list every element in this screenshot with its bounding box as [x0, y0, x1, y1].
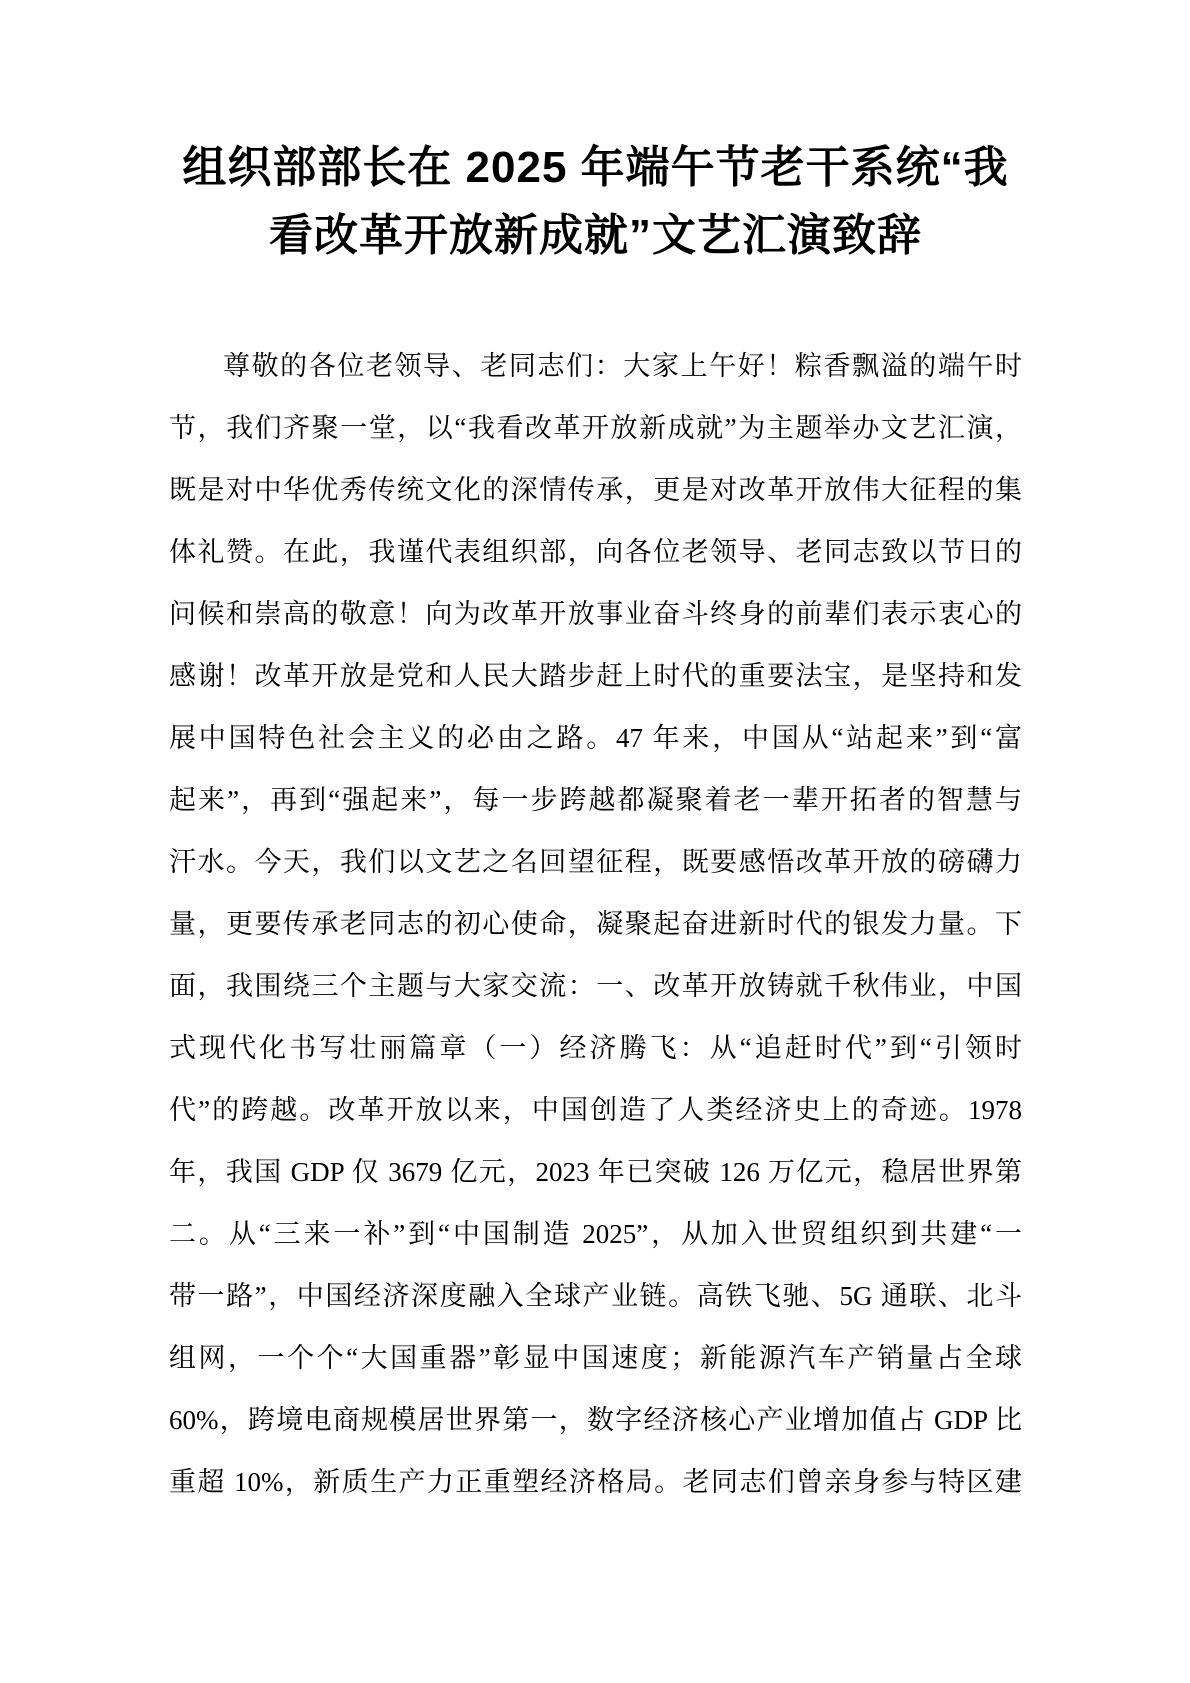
body-line: 问候和崇高的敬意！向为改革开放事业奋斗终身的前辈们表示衷心的: [169, 583, 1022, 645]
body-line: 体礼赞。在此，我谨代表组织部，向各位老领导、老同志致以节日的: [169, 521, 1022, 583]
body-line: 带一路”，中国经济深度融入全球产业链。高铁飞驰、5G 通联、北斗: [169, 1265, 1022, 1327]
body-line: 既是对中华优秀传统文化的深情传承，更是对改革开放伟大征程的集: [169, 459, 1022, 521]
body-line: 式现代化书写壮丽篇章（一）经济腾飞：从“追赶时代”到“引领时: [169, 1017, 1022, 1079]
body-line: 60%，跨境电商规模居世界第一，数字经济核心产业增加值占 GDP 比: [169, 1389, 1022, 1451]
document-body: 尊敬的各位老领导、老同志们：大家上午好！粽香飘溢的端午时节，我们齐聚一堂，以“我…: [169, 335, 1022, 1513]
body-line: 展中国特色社会主义的必由之路。47 年来，中国从“站起来”到“富: [169, 707, 1022, 769]
document-title-line: 看改革开放新成就”文艺汇演致辞: [169, 202, 1022, 270]
body-line: 尊敬的各位老领导、老同志们：大家上午好！粽香飘溢的端午时: [169, 335, 1022, 397]
document-title-line: 组织部部长在 2025 年端午节老干系统“我: [169, 134, 1022, 202]
body-line: 重超 10%，新质生产力正重塑经济格局。老同志们曾亲身参与特区建: [169, 1451, 1022, 1513]
body-line: 二。从“三来一补”到“中国制造 2025”，从加入世贸组织到共建“一: [169, 1203, 1022, 1265]
body-line: 感谢！改革开放是党和人民大踏步赶上时代的重要法宝，是坚持和发: [169, 645, 1022, 707]
body-line: 节，我们齐聚一堂，以“我看改革开放新成就”为主题举办文艺汇演，: [169, 397, 1022, 459]
body-line: 起来”，再到“强起来”，每一步跨越都凝聚着老一辈开拓者的智慧与: [169, 769, 1022, 831]
body-line: 面，我围绕三个主题与大家交流：一、改革开放铸就千秋伟业，中国: [169, 955, 1022, 1017]
document-title: 组织部部长在 2025 年端午节老干系统“我 看改革开放新成就”文艺汇演致辞: [169, 134, 1022, 270]
body-line: 汗水。今天，我们以文艺之名回望征程，既要感悟改革开放的磅礴力: [169, 831, 1022, 893]
body-line: 年，我国 GDP 仅 3679 亿元，2023 年已突破 126 万亿元，稳居世…: [169, 1141, 1022, 1203]
body-line: 量，更要传承老同志的初心使命，凝聚起奋进新时代的银发力量。下: [169, 893, 1022, 955]
document-content: 组织部部长在 2025 年端午节老干系统“我 看改革开放新成就”文艺汇演致辞 尊…: [169, 134, 1022, 1513]
document-page: 组织部部长在 2025 年端午节老干系统“我 看改革开放新成就”文艺汇演致辞 尊…: [0, 0, 1190, 1683]
body-line: 组网，一个个“大国重器”彰显中国速度；新能源汽车产销量占全球: [169, 1327, 1022, 1389]
body-line: 代”的跨越。改革开放以来，中国创造了人类经济史上的奇迹。1978: [169, 1079, 1022, 1141]
